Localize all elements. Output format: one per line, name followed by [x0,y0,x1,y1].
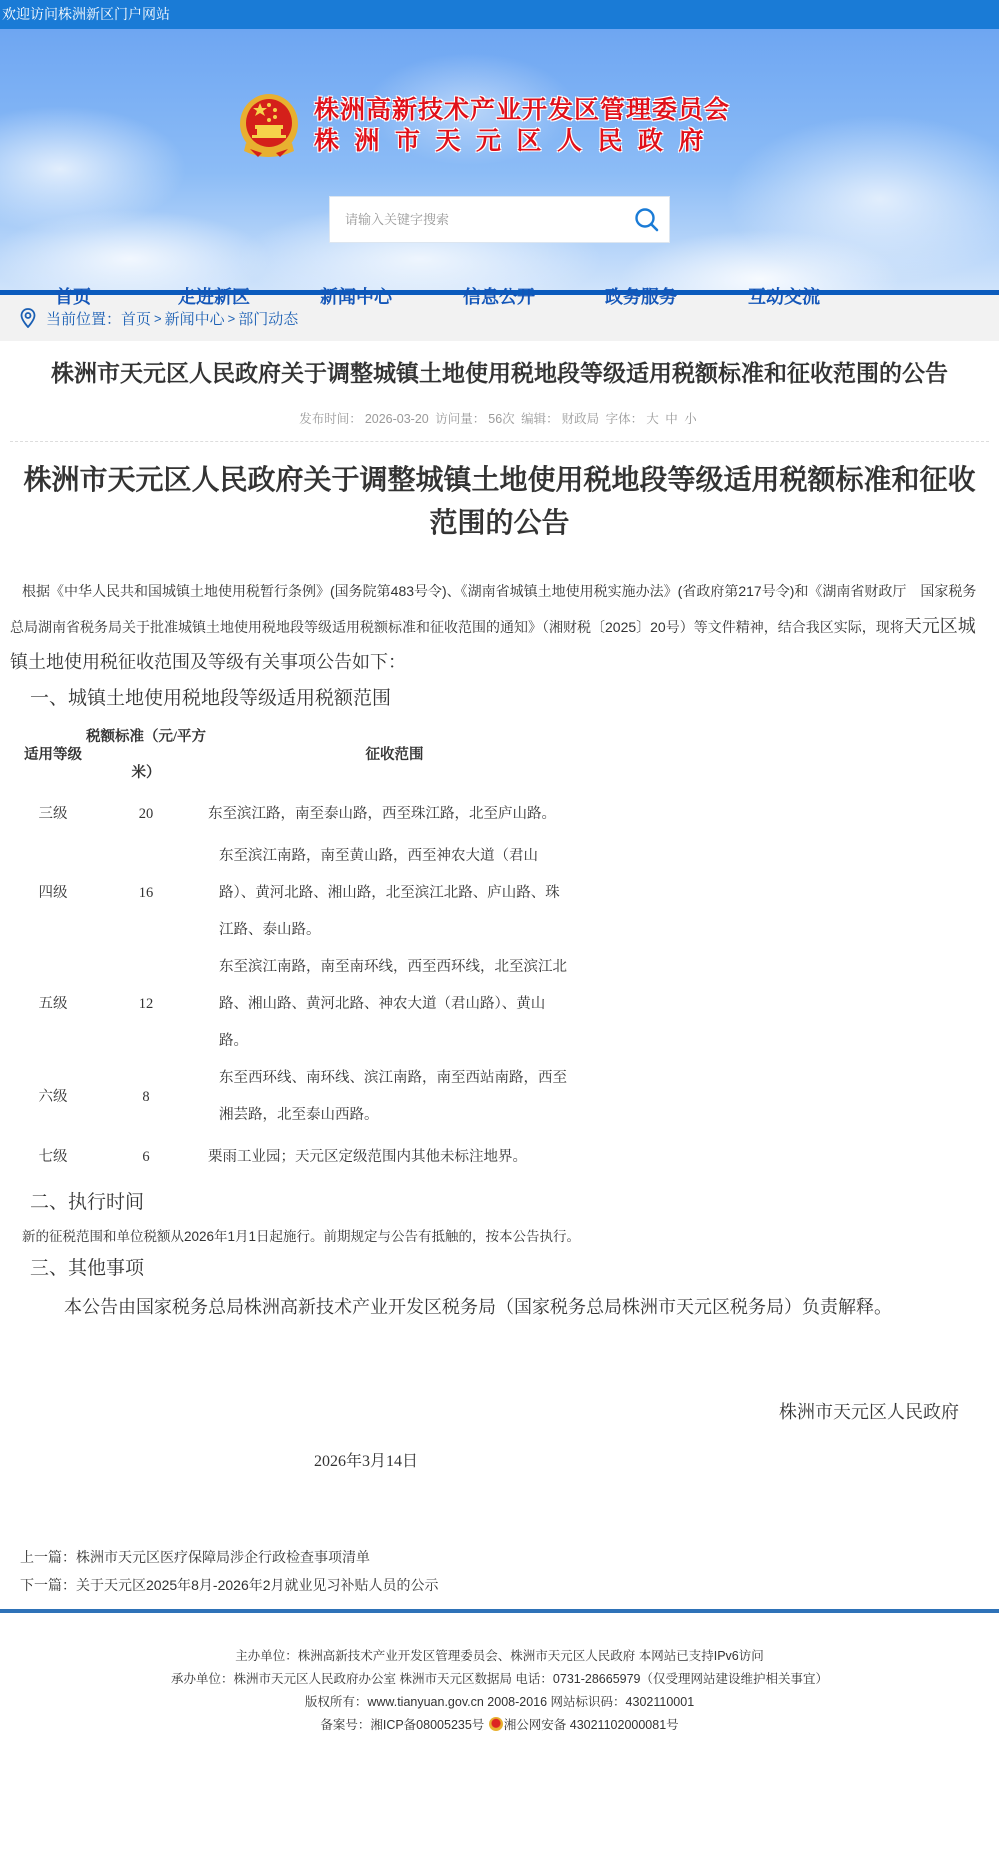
cell-rate: 16 [84,838,208,949]
font-size-large[interactable]: 大 [646,412,659,426]
tax-rate-table: 适用等级 税额标准（元/平方米） 征收范围 三级 20 东至滨江路，南至泰山路，… [22,719,570,1181]
next-article: 下一篇：关于天元区2025年8月-2026年2月就业见习补贴人员的公示 [20,1571,989,1599]
welcome-text: 欢迎访问株洲新区门户网站 [2,6,170,22]
cell-scope: 东至滨江南路，南至南环线，西至西环线，北至滨江北路、湘山路、黄河北路、神农大道（… [208,949,570,1060]
table-row: 五级 12 东至滨江南路，南至南环线，西至西环线，北至滨江北路、湘山路、黄河北路… [22,949,570,1060]
search-button[interactable] [625,197,669,242]
footer-filing: 备案号：湘ICP备08005235号 湘公网安备 43021102000081号 [0,1714,999,1737]
cell-scope: 东至滨江南路，南至黄山路，西至神农大道（君山路）、黄河北路、湘山路，北至滨江北路… [208,838,570,949]
section-heading-1: 一、城镇土地使用税地段等级适用税额范围 [10,683,989,715]
table-row: 三级 20 东至滨江路，南至泰山路，西至珠江路，北至庐山路。 [22,791,570,838]
views-count: 56次 [488,412,514,426]
org-name-line1: 株洲高新技术产业开发区管理委员会 [314,95,730,125]
views-label: 访问量： [435,412,485,426]
cell-level: 四级 [22,838,84,949]
article-body: 根据《中华人民共和国城镇土地使用税暂行条例》(国务院第483号令)、《湖南省城镇… [0,574,999,1599]
prev-article-link[interactable]: 株洲市天元区医疗保障局涉企行政检查事项清单 [76,1549,370,1565]
cell-level: 五级 [22,949,84,1060]
font-size-medium[interactable]: 中 [665,412,678,426]
section-2-text: 新的征税范围和单位税额从2026年1月1日起施行。前期规定与公告有抵触的，按本公… [10,1223,989,1251]
cell-rate: 8 [84,1060,208,1134]
footer-copyright: 版权所有：www.tianyuan.gov.cn 2008-2016 网站标识码… [0,1691,999,1714]
table-row: 七级 6 栗雨工业园；天元区定级范围内其他未标注地界。 [22,1134,570,1181]
org-name-line2: 株洲市天元区人民政府 [314,125,730,157]
site-footer: 主办单位：株洲高新技术产业开发区管理委员会、株洲市天元区人民政府 本网站已支持I… [0,1613,999,1767]
intro-text: 根据《中华人民共和国城镇土地使用税暂行条例》(国务院第483号令)、《湖南省城镇… [10,583,976,635]
nav-item-about[interactable]: 走进新区 [178,281,250,313]
signature-date: 2026年3月14日 [10,1449,989,1475]
signature-org: 株洲市天元区人民政府 [10,1397,989,1427]
header-scope: 征收范围 [208,719,570,791]
footer-organizer: 承办单位：株洲市天元区人民政府办公室 株洲市天元区数据局 电话：0731-286… [0,1668,999,1691]
font-label: 字体： [606,412,644,426]
search-icon [634,207,660,233]
org-name: 株洲高新技术产业开发区管理委员会 株洲市天元区人民政府 [314,95,730,157]
section-heading-3: 三、其他事项 [10,1253,989,1285]
prev-next-links: 上一篇：株洲市天元区医疗保障局涉企行政检查事项清单 下一篇：关于天元区2025年… [10,1543,989,1599]
cell-level: 三级 [22,791,84,838]
editor-name: 财政局 [562,412,600,426]
publish-date: 2026-03-20 [365,412,429,426]
site-banner: 株洲高新技术产业开发区管理委员会 株洲市天元区人民政府 首页 走进新区 新闻中心… [0,29,999,290]
nav-item-home[interactable]: 首页 [55,281,91,313]
table-row: 六级 8 东至西环线、南环线、滨江南路，南至西站南路，西至湘芸路，北至泰山西路。 [22,1060,570,1134]
header-rate: 税额标准（元/平方米） [84,719,208,791]
document-title: 株洲市天元区人民政府关于调整城镇土地使用税地段等级适用税额标准和征收范围的公告 [0,442,999,544]
cell-scope: 东至西环线、南环线、滨江南路，南至西站南路，西至湘芸路，北至泰山西路。 [208,1060,570,1134]
top-welcome-bar: 欢迎访问株洲新区门户网站 [0,0,999,29]
nav-item-interaction[interactable]: 互动交流 [748,281,820,313]
site-logo[interactable]: 株洲高新技术产业开发区管理委员会 株洲市天元区人民政府 [238,93,730,159]
cell-scope: 栗雨工业园；天元区定级范围内其他未标注地界。 [208,1134,570,1181]
prev-article: 上一篇：株洲市天元区医疗保障局涉企行政检查事项清单 [20,1543,989,1571]
police-badge-icon [489,1717,503,1731]
table-row: 四级 16 东至滨江南路，南至黄山路，西至神农大道（君山路）、黄河北路、湘山路，… [22,838,570,949]
cell-rate: 20 [84,791,208,838]
prev-label: 上一篇： [20,1549,76,1565]
font-size-small[interactable]: 小 [684,412,697,426]
cell-level: 六级 [22,1060,84,1134]
next-article-link[interactable]: 关于天元区2025年8月-2026年2月就业见习补贴人员的公示 [76,1577,439,1593]
article-meta: 发布时间：2026-03-20 访问量：56次 编辑：财政局 字体：大 中 小 [0,409,999,429]
article-title: 株洲市天元区人民政府关于调整城镇土地使用税地段等级适用税额标准和征收范围的公告 [0,355,999,391]
nav-item-info-disclosure[interactable]: 信息公开 [463,281,535,313]
article-header: 株洲市天元区人民政府关于调整城镇土地使用税地段等级适用税额标准和征收范围的公告 … [0,341,999,442]
intro-paragraph: 根据《中华人民共和国城镇土地使用税暂行条例》(国务院第483号令)、《湖南省城镇… [10,574,989,681]
main-nav: 首页 走进新区 新闻中心 信息公开 政务服务 互动交流 [0,281,999,313]
header-level: 适用等级 [22,719,84,791]
editor-label: 编辑： [521,412,559,426]
nav-item-gov-services[interactable]: 政务服务 [605,281,677,313]
search-box [329,196,670,243]
publish-label: 发布时间： [299,412,362,426]
cell-scope: 东至滨江路，南至泰山路，西至珠江路，北至庐山路。 [208,791,570,838]
section-heading-2: 二、执行时间 [10,1187,989,1219]
section-3-text: 本公告由国家税务总局株洲高新技术产业开发区税务局（国家税务总局株洲市天元区税务局… [10,1289,989,1325]
cell-level: 七级 [22,1134,84,1181]
cell-rate: 12 [84,949,208,1060]
footer-sponsor: 主办单位：株洲高新技术产业开发区管理委员会、株洲市天元区人民政府 本网站已支持I… [0,1645,999,1668]
search-input[interactable] [330,197,625,242]
cell-rate: 6 [84,1134,208,1181]
nav-item-news[interactable]: 新闻中心 [320,281,392,313]
icp-link[interactable]: 备案号：湘ICP备08005235号 [320,1718,484,1732]
police-filing-link[interactable]: 湘公网安备 43021102000081号 [504,1718,679,1732]
national-emblem-icon [238,93,300,159]
next-label: 下一篇： [20,1577,76,1593]
